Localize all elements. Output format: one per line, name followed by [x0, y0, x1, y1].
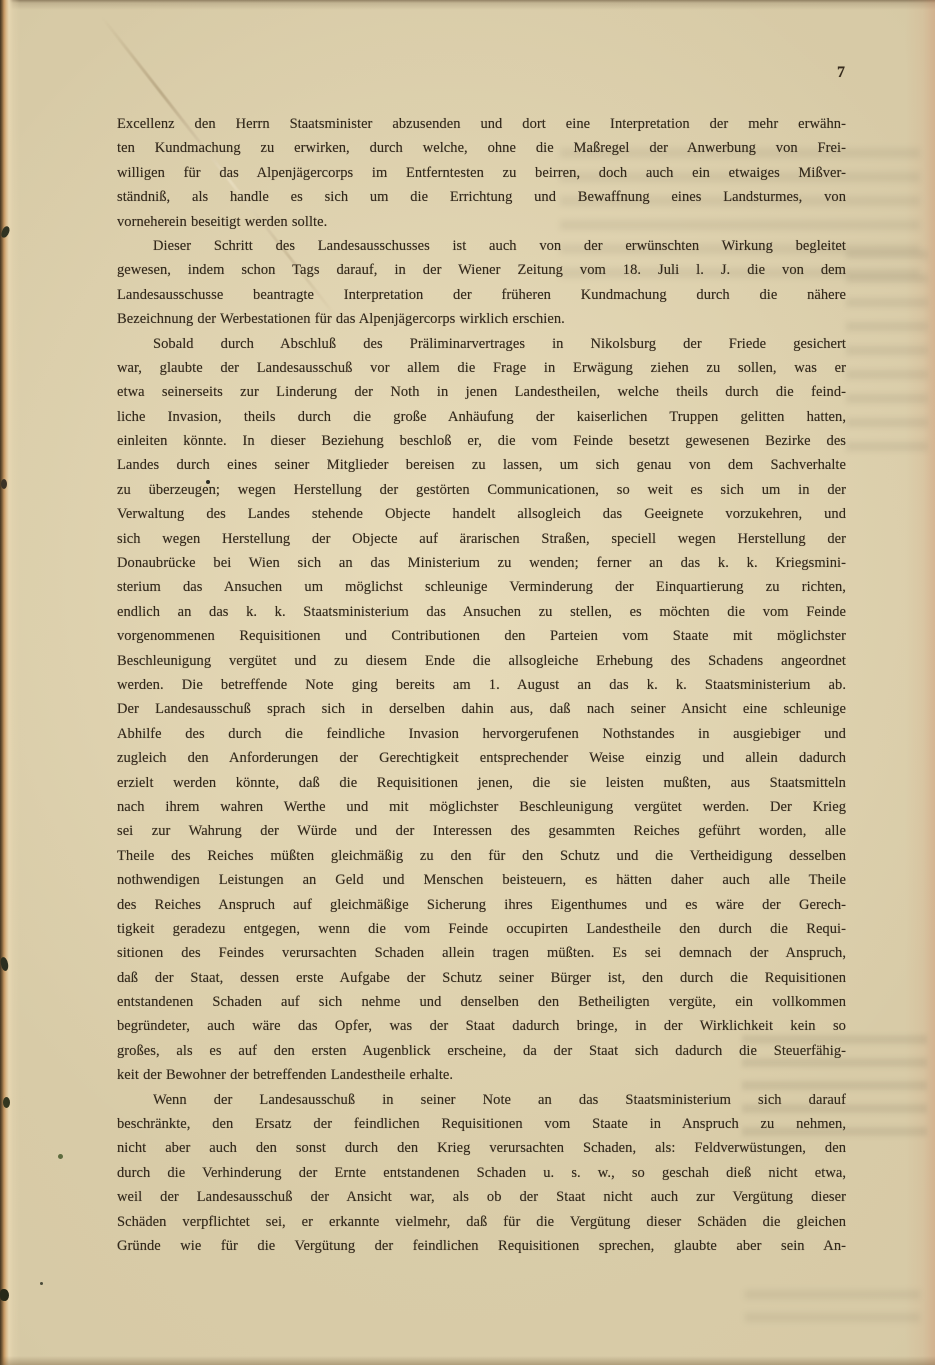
text-line: einleiten könnte. In dieser Beziehung be… [117, 429, 846, 453]
text-line: sei zur Wahrung der Würde und der Intere… [117, 819, 846, 843]
text-line: endlich an das k. k. Staatsministerium d… [117, 600, 846, 624]
text-line: war, glaubte der Landesausschuß vor alle… [117, 356, 846, 380]
book-page: 7 Excellenz den Herrn Staatsminister abz… [0, 0, 935, 1365]
text-line: beschränkte, den Ersatz der feindlichen … [117, 1112, 846, 1136]
text-line: Gründe wie für die Vergütung der feindli… [117, 1234, 846, 1258]
text-line: begründeter, auch wäre das Opfer, was de… [117, 1014, 846, 1038]
text-line: Schäden verpflichtet sei, er erkannte vi… [117, 1210, 846, 1234]
text-line: entstandenen Schaden auf sich nehme und … [117, 990, 846, 1014]
text-line: nach ihrem wahren Werthe und mit möglich… [117, 795, 846, 819]
text-line: sitionen des Feindes verursachten Schade… [117, 941, 846, 965]
text-line: werden. Die betreffende Note ging bereit… [117, 673, 846, 697]
text-line: Der Landesausschuß sprach sich in dersel… [117, 697, 846, 721]
text-line: etwa seinerseits zur Linderung der Noth … [117, 380, 846, 404]
text-line: Abhilfe des durch die feindliche Invasio… [117, 722, 846, 746]
text-line: sich wegen Herstellung der Objecte auf ä… [117, 527, 846, 551]
text-line: Verwaltung des Landes stehende Objecte h… [117, 502, 846, 526]
page-number: 7 [117, 64, 846, 82]
ink-speck [3, 1097, 10, 1108]
ink-speck [0, 1289, 9, 1301]
text-line: nicht aber auch den sonst durch den Krie… [117, 1136, 846, 1160]
page-bottom-edge [0, 1356, 935, 1365]
text-line: vorgenommenen Requisitionen und Contribu… [117, 624, 846, 648]
text-line: Excellenz den Herrn Staatsminister abzus… [117, 112, 846, 136]
text-line: ständniß, als handle es sich um die Erri… [117, 185, 846, 209]
text-line: des Reiches Anspruch auf gleichmäßige Si… [117, 893, 846, 917]
text-line: zugleich den Anforderungen der Gerechtig… [117, 746, 846, 770]
text-line: ten Kundmachung zu erwirken, durch welch… [117, 136, 846, 160]
text-line: Donaubrücke bei Wien sich an das Ministe… [117, 551, 846, 575]
show-through-smudge [745, 1290, 920, 1335]
text-line: nothwendigen Leistungen an Geld und Mens… [117, 868, 846, 892]
text-line: zu überzeugen; wegen Herstellung der ges… [117, 478, 846, 502]
page-binding-edge [0, 0, 20, 1365]
body-text: Excellenz den Herrn Staatsminister abzus… [117, 112, 846, 1258]
text-line: Wenn der Landesausschuß in seiner Note a… [117, 1088, 846, 1112]
ink-speck [1, 479, 7, 489]
text-line: weil der Landesausschuß der Ansicht war,… [117, 1185, 846, 1209]
text-line: willigen für das Alpenjägercorps im Entf… [117, 161, 846, 185]
text-line: Landes durch eines seiner Mitglieder ber… [117, 453, 846, 477]
text-line: sterium das Ansuchen um möglichst schleu… [117, 575, 846, 599]
ink-speck [58, 1154, 63, 1159]
text-line: Theile des Reiches müßten gleichmäßig zu… [117, 844, 846, 868]
text-line: tigkeit geradezu entgegen, wenn die vom … [117, 917, 846, 941]
text-line: keit der Bewohner der betreffenden Lande… [117, 1063, 846, 1087]
text-line: Bezeichnung der Werbestationen für das A… [117, 307, 846, 331]
text-line: liche Invasion, theils durch die große A… [117, 405, 846, 429]
text-line: erzielt werden könnte, daß die Requisiti… [117, 771, 846, 795]
text-line: Landesausschusse beantragte Interpretati… [117, 283, 846, 307]
text-line: Beschleunigung vergütet und zu diesem En… [117, 649, 846, 673]
text-line: großes, als es auf den ersten Augenblick… [117, 1039, 846, 1063]
text-line: gewesen, indem schon Tags darauf, in der… [117, 258, 846, 282]
text-line: Dieser Schritt des Landesausschusses ist… [117, 234, 846, 258]
page-top-edge [0, 0, 935, 10]
text-line: daß der Staat, dessen erste Aufgabe der … [117, 966, 846, 990]
text-line: Sobald durch Abschluß des Präliminarvert… [117, 332, 846, 356]
text-line: vorneherein beseitigt werden sollte. [117, 210, 846, 234]
ink-speck [40, 1282, 43, 1285]
page-right-edge [905, 0, 935, 1365]
text-line: durch die Verhinderung der Ernte entstan… [117, 1161, 846, 1185]
